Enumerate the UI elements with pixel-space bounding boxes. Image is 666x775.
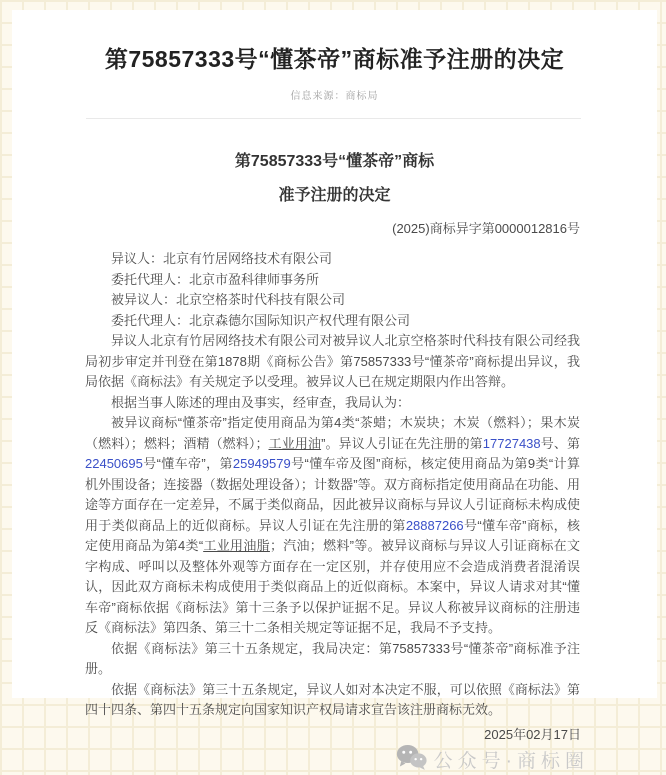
paragraph-remedy: 依据《商标法》第三十五条规定，异议人如对本决定不服，可以依照《商标法》第四十四条… [85,680,580,707]
paragraph-intro: 异议人北京有竹居网络技术有限公司对被异议人北京空格茶时代科技有限公司经我局初步审… [85,331,580,393]
party-line-respondent-agent: 委托代理人：北京森德尔国际知识产权代理有限公司 [85,311,580,332]
source-info: 信息来源：商标局 [12,87,657,102]
document-body: 异议人：北京有竹居网络技术有限公司 委托代理人：北京市盈科律师事务所 被异议人：… [12,249,657,706]
analysis-text: 号“懂车帝”，第 [143,456,233,471]
paragraph-basis: 根据当事人陈述的理由及事实，经审查，我局认为： [85,393,580,414]
paragraph-analysis: 被异议商标“懂茶帝”指定使用商品为第4类“茶蜡；木炭块；木炭（燃料）；果木炭（燃… [85,413,580,639]
case-number: (2025)商标异字第0000012816号 [12,218,657,237]
analysis-underlined-goods: 工业用油脂 [203,538,270,553]
party-line-opponent-agent: 委托代理人：北京市盈科律师事务所 [85,270,580,291]
trademark-number-link-17727438[interactable]: 17727438 [483,436,541,451]
document-sheet: 第75857333号“懂茶帝”商标准予注册的决定 信息来源：商标局 第75857… [12,10,657,698]
paragraph-decision: 依据《商标法》第三十五条规定，我局决定：第75857333号“懂茶帝”商标准予注… [85,639,580,680]
trademark-number-link-28887266[interactable]: 28887266 [406,518,464,533]
analysis-underlined-goods: 工业用油 [269,436,322,451]
divider [86,118,581,119]
trademark-number-link-25949579[interactable]: 25949579 [233,456,291,471]
trademark-number-link-22450695[interactable]: 22450695 [85,456,143,471]
document-heading-line2: 准予注册的决定 [12,179,657,213]
analysis-text: 号、第 [541,436,580,451]
document-heading: 第75857333号“懂茶帝”商标 准予注册的决定 [12,145,657,213]
party-line-opponent: 异议人：北京有竹居网络技术有限公司 [85,249,580,270]
analysis-text: ”。异议人引证在先注册的第 [321,436,483,451]
document-heading-line1: 第75857333号“懂茶帝”商标 [12,145,657,179]
page-title: 第75857333号“懂茶帝”商标准予注册的决定 [36,44,633,74]
party-line-respondent: 被异议人：北京空格茶时代科技有限公司 [85,290,580,311]
